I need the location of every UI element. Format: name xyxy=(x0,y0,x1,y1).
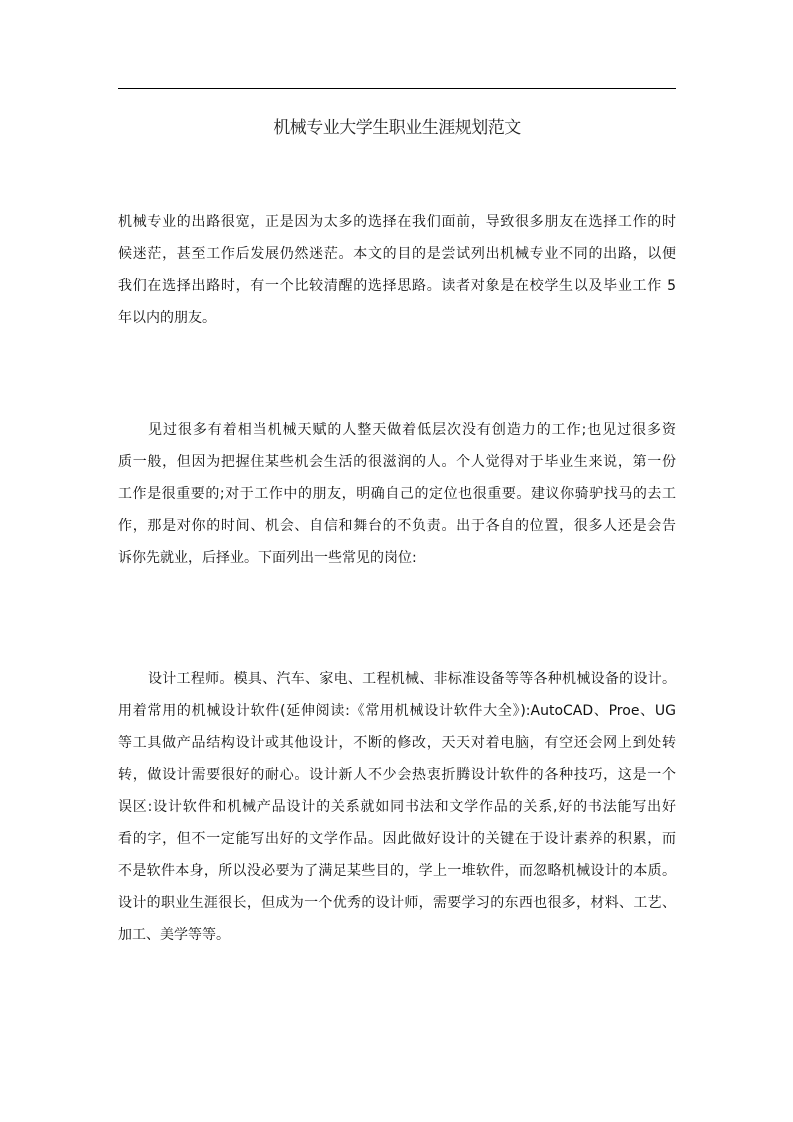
paragraph-career-advice: 见过很多有着相当机械天赋的人整天做着低层次没有创造力的工作;也见过很多资 质一般… xyxy=(118,414,676,574)
text-line: 质一般，但因为把握住某些机会生活的很滋润的人。个人觉得对于毕业生来说，第一份 xyxy=(118,446,676,478)
text-line: 设计的职业生涯很长，但成为一个优秀的设计师，需要学习的东西也很多，材料、工艺、 xyxy=(118,887,676,919)
text-line: 转，做设计需要很好的耐心。设计新人不少会热衷折腾设计软件的各种技巧，这是一个 xyxy=(118,759,676,791)
text-line: 等工具做产品结构设计或其他设计，不断的修改，天天对着电脑，有空还会网上到处转 xyxy=(118,727,676,759)
text-line: 看的字，但不一定能写出好的文学作品。因此做好设计的关键在于设计素养的积累，而 xyxy=(118,823,676,855)
document-title: 机械专业大学生职业生涯规划范文 xyxy=(118,116,676,140)
text-line: 作，那是对你的时间、机会、自信和舞台的不负责。出于各自的位置，很多人还是会告 xyxy=(118,510,676,542)
text-line: 我们在选择出路时，有一个比较清醒的选择思路。读者对象是在校学生以及毕业工作 5 xyxy=(118,270,676,302)
text-line: 误区:设计软件和机械产品设计的关系就如同书法和文学作品的关系,好的书法能写出好 xyxy=(118,791,676,823)
text-line: 机械专业的出路很宽，正是因为太多的选择在我们面前，导致很多朋友在选择工作的时 xyxy=(118,206,676,238)
header-rule xyxy=(118,88,676,89)
text-line: 不是软件本身，所以没必要为了满足某些目的，学上一堆软件，而忽略机械设计的本质。 xyxy=(118,855,676,887)
text-line: 诉你先就业，后择业。下面列出一些常见的岗位: xyxy=(118,542,676,574)
text-line: 工作是很重要的;对于工作中的朋友，明确自己的定位也很重要。建议你骑驴找马的去工 xyxy=(118,478,676,510)
text-line: 候迷茫，甚至工作后发展仍然迷茫。本文的目的是尝试列出机械专业不同的出路，以便 xyxy=(118,238,676,270)
text-line: 加工、美学等等。 xyxy=(118,919,676,951)
paragraph-design-engineer: 设计工程师。模具、汽车、家电、工程机械、非标准设备等等各种机械设备的设计。 用着… xyxy=(118,663,676,951)
text-line: 见过很多有着相当机械天赋的人整天做着低层次没有创造力的工作;也见过很多资 xyxy=(118,414,676,446)
text-line: 设计工程师。模具、汽车、家电、工程机械、非标准设备等等各种机械设备的设计。 xyxy=(118,663,676,695)
text-line: 年以内的朋友。 xyxy=(118,302,676,334)
text-line: 用着常用的机械设计软件(延伸阅读:《常用机械设计软件大全》):AutoCAD、P… xyxy=(118,695,676,727)
paragraph-intro: 机械专业的出路很宽，正是因为太多的选择在我们面前，导致很多朋友在选择工作的时 候… xyxy=(118,206,676,334)
